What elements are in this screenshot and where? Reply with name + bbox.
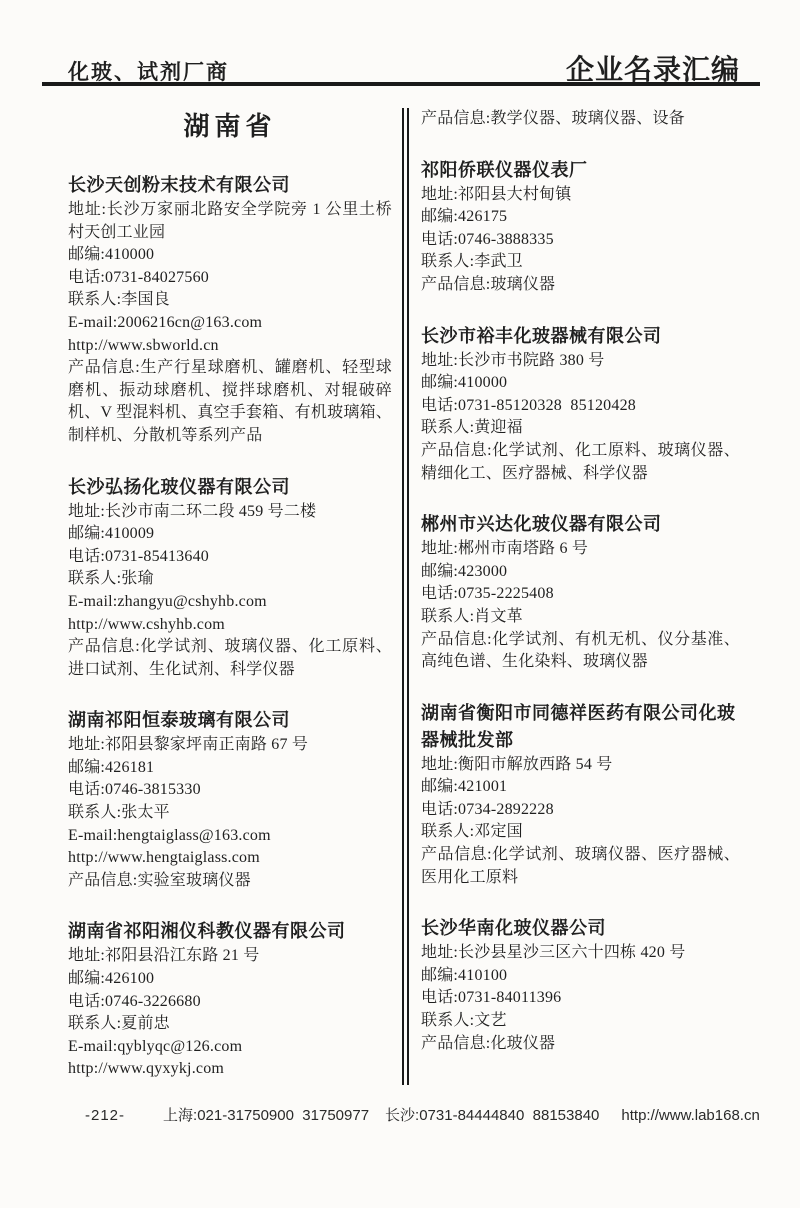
company-detail-line: 邮编:410100 <box>421 965 740 988</box>
company-detail-line: 产品信息:玻璃仪器 <box>421 274 740 297</box>
company-detail-line: 邮编:410000 <box>68 244 392 267</box>
left-column: 湖南省 长沙天创粉末技术有限公司地址:长沙万家丽北路安全学院旁 1 公里土桥村天… <box>68 102 392 1107</box>
company-name: 湖南省衡阳市同德祥医药有限公司化玻器械批发部 <box>421 700 740 754</box>
company-detail-line: http://www.cshyhb.com <box>68 614 392 637</box>
footer-website: http://www.lab168.cn <box>621 1107 759 1124</box>
footer-shanghai-phone: 上海:021-31750900 31750977 <box>163 1104 369 1125</box>
company-detail-line: 邮编:421001 <box>421 776 740 799</box>
company-detail-line: 联系人:张太平 <box>68 802 392 825</box>
company-detail-line: E-mail:zhangyu@cshyhb.com <box>68 591 392 614</box>
company-entry: 祁阳侨联仪器仪表厂地址:祁阳县大村甸镇邮编:426175电话:0746-3888… <box>421 157 740 297</box>
directory-page: 化玻、试剂厂商 企业名录汇编 湖南省 长沙天创粉末技术有限公司地址:长沙万家丽北… <box>0 0 800 1208</box>
company-detail-line: http://www.hengtaiglass.com <box>68 847 392 870</box>
company-detail-line: 地址:郴州市南塔路 6 号 <box>421 538 740 561</box>
company-detail-line: 地址:衡阳市解放西路 54 号 <box>421 754 740 777</box>
company-entry: 长沙弘扬化玻仪器有限公司地址:长沙市南二环二段 459 号二楼邮编:410009… <box>68 474 392 682</box>
province-section-title: 湖南省 <box>68 108 392 144</box>
company-name: 长沙市裕丰化玻器械有限公司 <box>421 323 740 350</box>
continued-products-line: 产品信息:教学仪器、玻璃仪器、设备 <box>421 108 740 131</box>
footer-changsha-phone: 长沙:0731-84444840 88153840 <box>385 1104 599 1125</box>
company-detail-line: 产品信息:生产行星球磨机、罐磨机、轻型球磨机、振动球磨机、搅拌球磨机、对辊破碎机… <box>68 357 392 447</box>
company-entry: 湖南省祁阳湘仪科教仪器有限公司地址:祁阳县沿江东路 21 号邮编:426100电… <box>68 918 392 1081</box>
company-detail-line: 电话:0746-3226680 <box>68 991 392 1014</box>
company-detail-line: 联系人:邓定国 <box>421 821 740 844</box>
company-detail-line: 邮编:410009 <box>68 523 392 546</box>
right-column: 产品信息:教学仪器、玻璃仪器、设备 祁阳侨联仪器仪表厂地址:祁阳县大村甸镇邮编:… <box>421 102 740 1107</box>
page-content: 湖南省 长沙天创粉末技术有限公司地址:长沙万家丽北路安全学院旁 1 公里土桥村天… <box>68 102 740 1107</box>
company-detail-line: 邮编:426100 <box>68 968 392 991</box>
company-name: 湖南省祁阳湘仪科教仪器有限公司 <box>68 918 392 945</box>
column-divider-double-line <box>402 108 409 1085</box>
company-detail-line: 电话:0746-3815330 <box>68 779 392 802</box>
company-name: 祁阳侨联仪器仪表厂 <box>421 157 740 184</box>
company-name: 长沙天创粉末技术有限公司 <box>68 172 392 199</box>
company-entry: 长沙市裕丰化玻器械有限公司地址:长沙市书院路 380 号邮编:410000电话:… <box>421 323 740 486</box>
company-detail-line: E-mail:2006216cn@163.com <box>68 312 392 335</box>
company-detail-line: 联系人:李武卫 <box>421 251 740 274</box>
company-detail-line: 电话:0731-85413640 <box>68 546 392 569</box>
company-detail-line: 地址:长沙县星沙三区六十四栋 420 号 <box>421 942 740 965</box>
company-detail-line: 地址:长沙市书院路 380 号 <box>421 350 740 373</box>
company-entry: 长沙天创粉末技术有限公司地址:长沙万家丽北路安全学院旁 1 公里土桥村天创工业园… <box>68 172 392 448</box>
company-entry: 湖南省衡阳市同德祥医药有限公司化玻器械批发部地址:衡阳市解放西路 54 号邮编:… <box>421 700 740 890</box>
company-entry: 湖南祁阳恒泰玻璃有限公司地址:祁阳县黎家坪南正南路 67 号邮编:426181电… <box>68 707 392 892</box>
company-detail-line: 邮编:410000 <box>421 372 740 395</box>
company-detail-line: 联系人:李国良 <box>68 289 392 312</box>
company-entry: 长沙华南化玻仪器公司地址:长沙县星沙三区六十四栋 420 号邮编:410100电… <box>421 915 740 1055</box>
right-column-entries: 祁阳侨联仪器仪表厂地址:祁阳县大村甸镇邮编:426175电话:0746-3888… <box>421 157 740 1056</box>
company-detail-line: 产品信息:化学试剂、化工原料、玻璃仪器、精细化工、医疗器械、科学仪器 <box>421 440 740 485</box>
company-detail-line: 邮编:423000 <box>421 561 740 584</box>
page-number: -212- <box>85 1107 125 1124</box>
company-detail-line: 邮编:426175 <box>421 206 740 229</box>
company-detail-line: 产品信息:实验室玻璃仪器 <box>68 870 392 893</box>
company-detail-line: 电话:0731-85120328 85120428 <box>421 395 740 418</box>
company-detail-line: 产品信息:化玻仪器 <box>421 1033 740 1056</box>
company-name: 长沙弘扬化玻仪器有限公司 <box>68 474 392 501</box>
company-detail-line: 电话:0731-84027560 <box>68 267 392 290</box>
company-detail-line: http://www.sbworld.cn <box>68 335 392 358</box>
company-detail-line: 产品信息:化学试剂、有机无机、仪分基准、高纯色谱、生化染料、玻璃仪器 <box>421 629 740 674</box>
company-detail-line: 地址:长沙万家丽北路安全学院旁 1 公里土桥村天创工业园 <box>68 199 392 244</box>
company-detail-line: 地址:祁阳县沿江东路 21 号 <box>68 945 392 968</box>
company-detail-line: 地址:祁阳县黎家坪南正南路 67 号 <box>68 734 392 757</box>
company-detail-line: 地址:祁阳县大村甸镇 <box>421 184 740 207</box>
company-detail-line: 联系人:肖文革 <box>421 606 740 629</box>
left-column-entries: 长沙天创粉末技术有限公司地址:长沙万家丽北路安全学院旁 1 公里土桥村天创工业园… <box>68 172 392 1081</box>
company-name: 长沙华南化玻仪器公司 <box>421 915 740 942</box>
company-detail-line: 电话:0731-84011396 <box>421 987 740 1010</box>
company-detail-line: E-mail:qyblyqc@126.com <box>68 1036 392 1059</box>
company-name: 郴州市兴达化玻仪器有限公司 <box>421 511 740 538</box>
company-detail-line: 产品信息:化学试剂、玻璃仪器、化工原料、进口试剂、生化试剂、科学仪器 <box>68 636 392 681</box>
company-detail-line: 电话:0734-2892228 <box>421 799 740 822</box>
company-detail-line: 产品信息:化学试剂、玻璃仪器、医疗器械、医用化工原料 <box>421 844 740 889</box>
company-detail-line: E-mail:hengtaiglass@163.com <box>68 825 392 848</box>
company-detail-line: 电话:0735-2225408 <box>421 583 740 606</box>
company-detail-line: 联系人:黄迎福 <box>421 417 740 440</box>
company-detail-line: 联系人:文艺 <box>421 1010 740 1033</box>
company-detail-line: 联系人:张瑜 <box>68 568 392 591</box>
company-detail-line: 联系人:夏前忠 <box>68 1013 392 1036</box>
company-name: 湖南祁阳恒泰玻璃有限公司 <box>68 707 392 734</box>
company-detail-line: 地址:长沙市南二环二段 459 号二楼 <box>68 501 392 524</box>
company-detail-line: http://www.qyxykj.com <box>68 1058 392 1081</box>
company-detail-line: 邮编:426181 <box>68 757 392 780</box>
company-entry: 郴州市兴达化玻仪器有限公司地址:郴州市南塔路 6 号邮编:423000电话:07… <box>421 511 740 674</box>
page-footer: -212- 上海:021-31750900 31750977 长沙:0731-8… <box>85 1104 760 1125</box>
header-rule <box>42 82 760 86</box>
company-detail-line: 电话:0746-3888335 <box>421 229 740 252</box>
